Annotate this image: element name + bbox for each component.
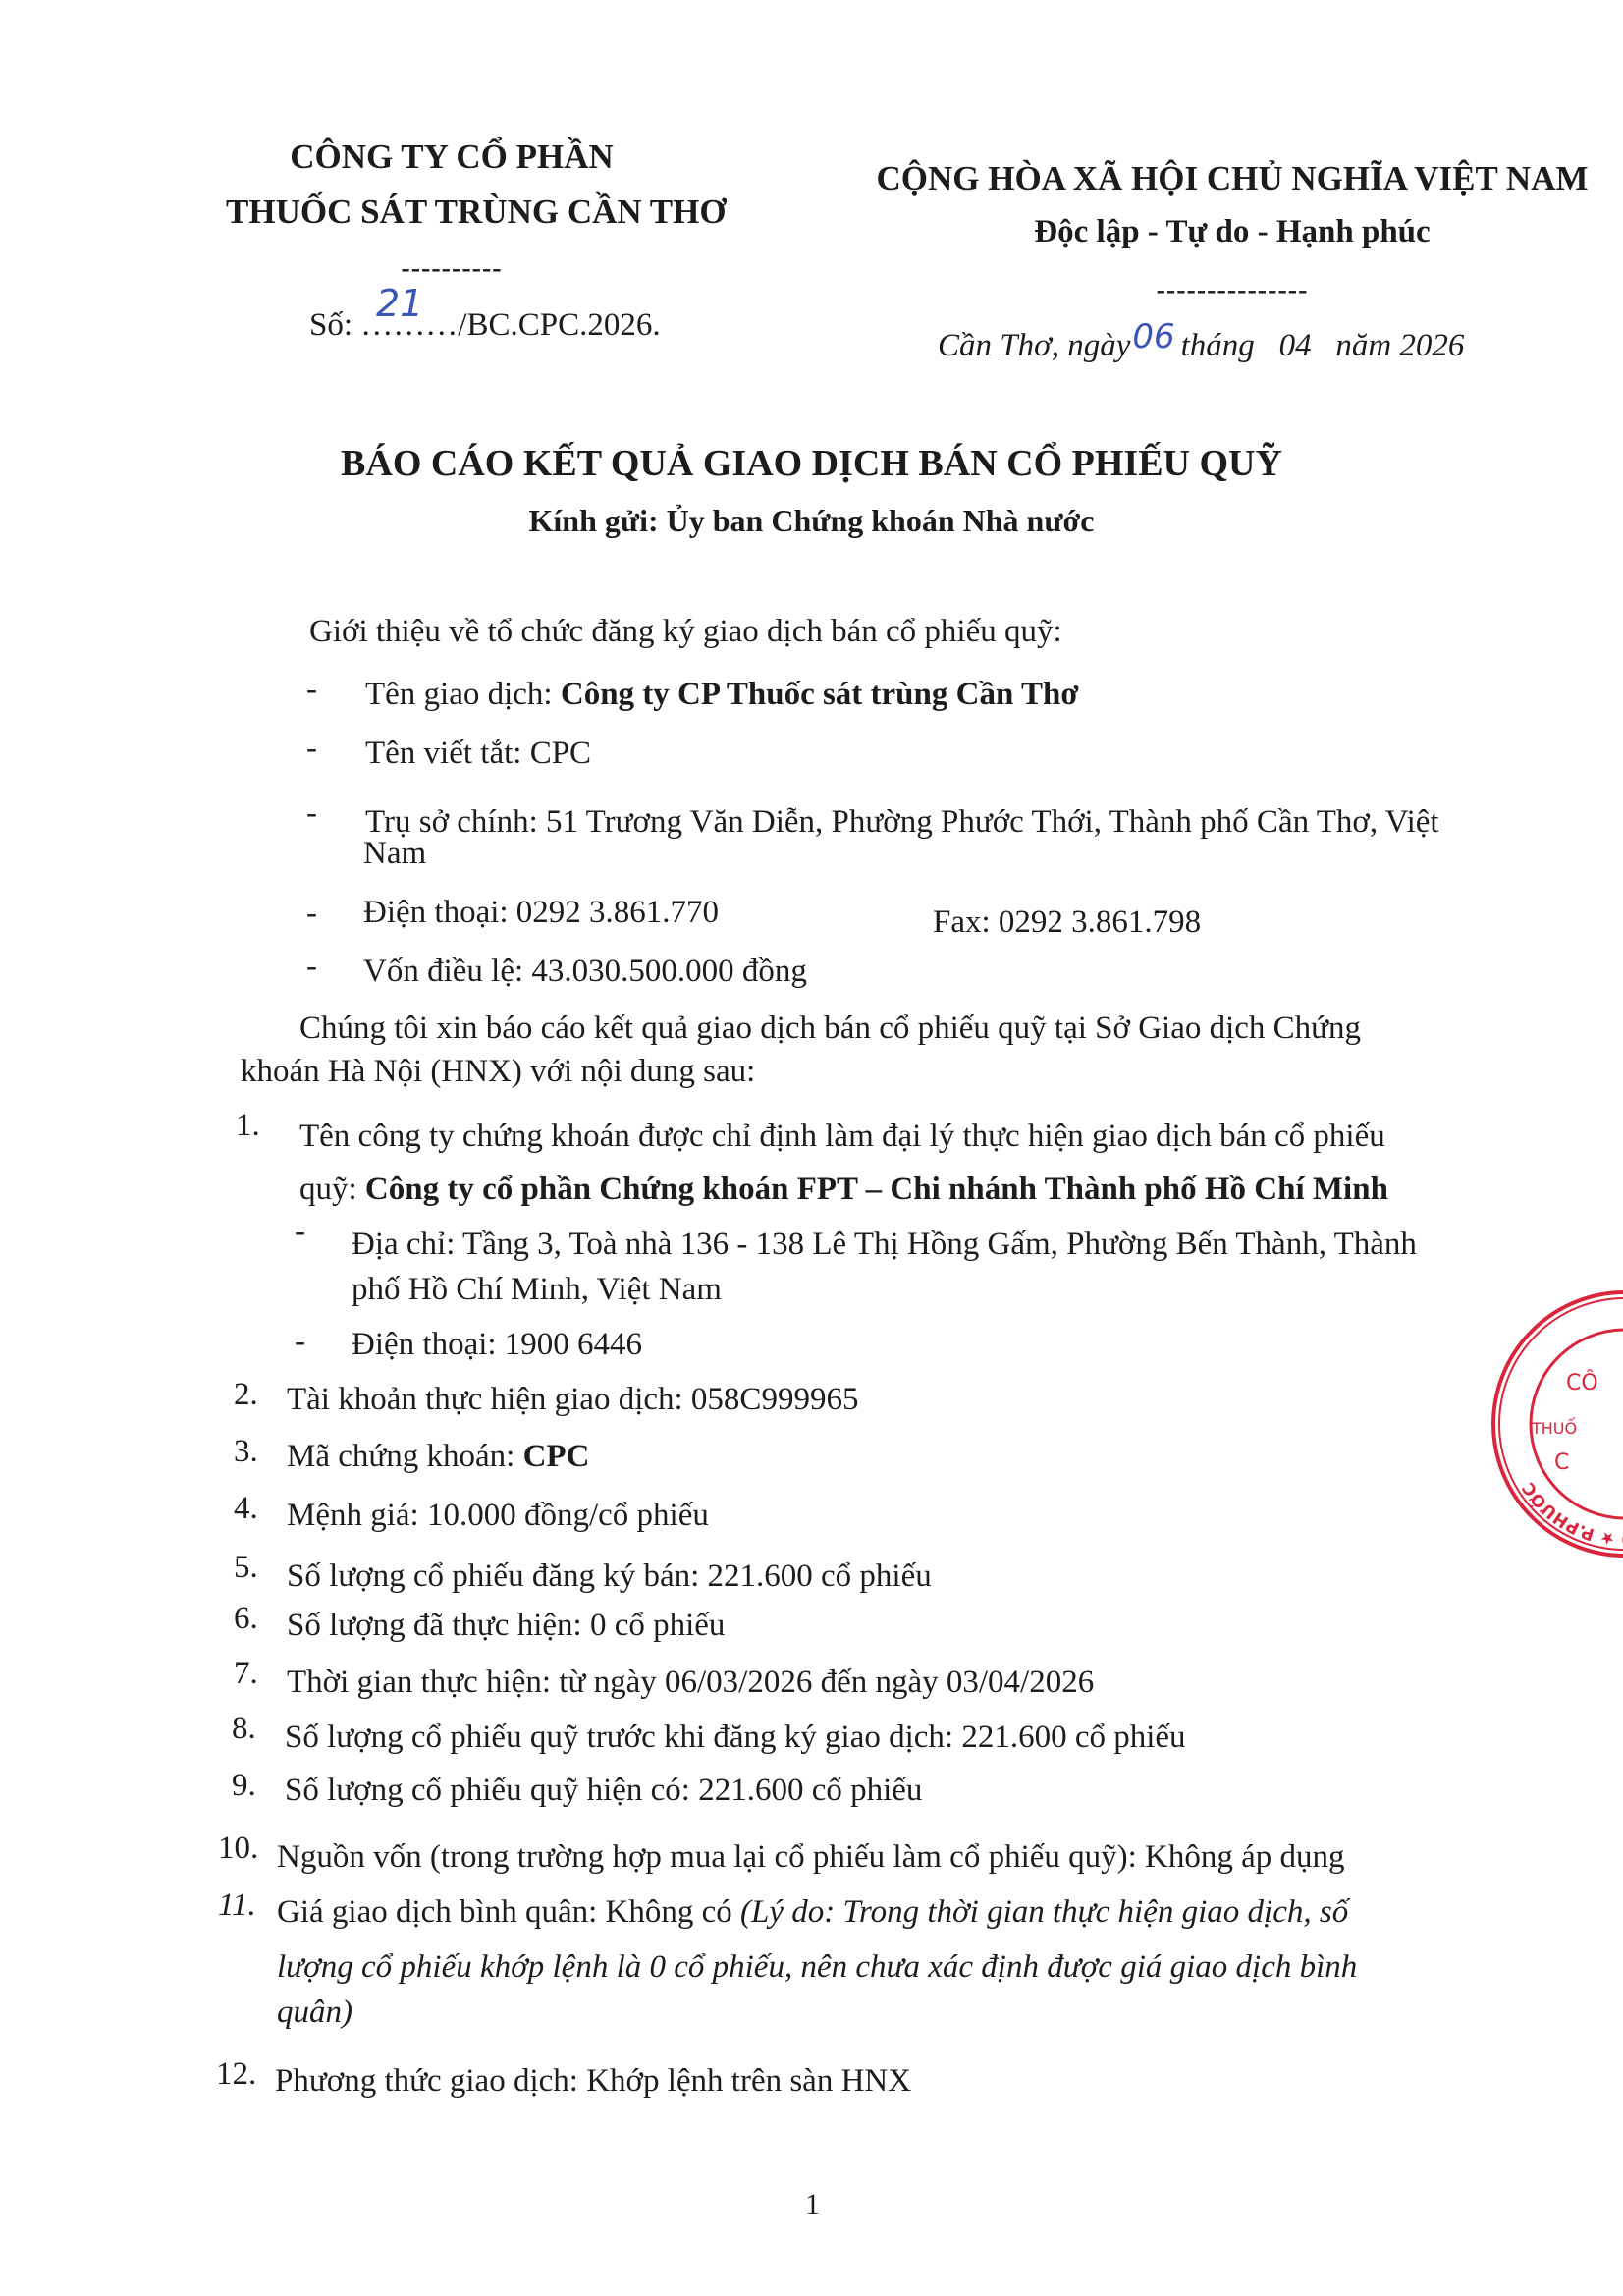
- company-seal: M.S.D.N: 1800 ★ P.PHƯỚC CÔ THUỐ C: [1488, 1286, 1623, 1561]
- svg-text:M.S.D.N: 1800 ★ P.PHƯỚC: M.S.D.N: 1800 ★ P.PHƯỚC: [1519, 1462, 1623, 1549]
- item-8-number: 8.: [232, 1711, 256, 1747]
- item-10-number: 10.: [218, 1831, 258, 1867]
- bullet-dash: -: [306, 795, 317, 832]
- right-divider: ---------------: [844, 275, 1620, 306]
- national-title: CỘNG HÒA XÃ HỘI CHỦ NGHĨA VIỆT NAM: [844, 159, 1620, 198]
- svg-text:THUỐ: THUỐ: [1531, 1417, 1577, 1438]
- date-prefix: Cần Thơ, ngày: [938, 328, 1130, 363]
- bullet-dash: -: [306, 731, 317, 767]
- bullet-dash: -: [306, 896, 317, 932]
- bullet-dash: -: [306, 672, 317, 708]
- item-10-text: Nguồn vốn (trong trường hợp mua lại cổ p…: [277, 1834, 1345, 1880]
- document-title: BÁO CÁO KẾT QUẢ GIAO DỊCH BÁN CỔ PHIẾU Q…: [0, 442, 1623, 485]
- item-11-prefix: Giá giao dịch bình quân: Không có: [277, 1894, 740, 1930]
- org-address-line1: Trụ sở chính: 51 Trương Văn Diễn, Phường…: [365, 799, 1439, 845]
- bullet-dash: -: [295, 1324, 305, 1360]
- org-short-name: Tên viết tắt: CPC: [365, 731, 591, 776]
- item-5-text: Số lượng cổ phiếu đăng ký bán: 221.600 c…: [287, 1554, 932, 1599]
- item-9-text: Số lượng cổ phiếu quỹ hiện có: 221.600 c…: [285, 1768, 922, 1813]
- item-3-number: 3.: [234, 1434, 258, 1470]
- bullet-dash: -: [295, 1214, 305, 1250]
- item-4-text: Mệnh giá: 10.000 đồng/cổ phiếu: [287, 1493, 709, 1538]
- item-12-text: Phương thức giao dịch: Khớp lệnh trên sà…: [275, 2058, 911, 2104]
- item-7-number: 7.: [234, 1656, 258, 1692]
- date-line: Cần Thơ, ngày06tháng 04 năm 2026: [938, 322, 1464, 368]
- page-number: 1: [805, 2188, 820, 2221]
- org-address-line2: Nam: [363, 831, 426, 876]
- intro: Giới thiệu về tổ chức đăng ký giao dịch …: [309, 609, 1062, 654]
- svg-text:C: C: [1554, 1450, 1569, 1475]
- handwritten-number: 21: [376, 281, 423, 326]
- national-motto: Độc lập - Tự do - Hạnh phúc: [844, 214, 1620, 250]
- company-name-line1: CÔNG TY CỔ PHẦN: [226, 137, 677, 177]
- item-5-number: 5.: [234, 1550, 258, 1586]
- broker-phone: Điện thoại: 1900 6446: [352, 1322, 642, 1367]
- item-1-number: 1.: [236, 1108, 260, 1144]
- report-intro-line1: Chúng tôi xin báo cáo kết quả giao dịch …: [299, 1006, 1361, 1051]
- handwritten-day: 06: [1132, 317, 1174, 356]
- item-6-text: Số lượng đã thực hiện: 0 cổ phiếu: [287, 1603, 725, 1648]
- seal-icon: M.S.D.N: 1800 ★ P.PHƯỚC CÔ THUỐ C: [1488, 1286, 1623, 1561]
- item-11-reason-1: (Lý do: Trong thời gian thực hiện giao d…: [740, 1894, 1348, 1930]
- org-capital: Vốn điều lệ: 43.030.500.000 đồng: [363, 949, 807, 994]
- item-11-line1: Giá giao dịch bình quân: Không có (Lý do…: [277, 1889, 1348, 1935]
- document-number: Số: ………21/BC.CPC.2026.: [309, 302, 661, 348]
- date-month-label: tháng: [1181, 328, 1255, 363]
- broker-address-line1: Địa chỉ: Tầng 3, Toà nhà 136 - 138 Lê Th…: [352, 1222, 1417, 1267]
- trade-name-label: Tên giao dịch:: [365, 677, 561, 712]
- item-7-text: Thời gian thực hiện: từ ngày 06/03/2026 …: [287, 1660, 1094, 1705]
- item-11-number: 11.: [218, 1887, 256, 1924]
- item-11-reason-3: quân): [277, 1990, 352, 2035]
- broker-address-line2: phố Hồ Chí Minh, Việt Nam: [352, 1267, 722, 1312]
- so-suffix: /BC.CPC.2026.: [458, 307, 660, 343]
- svg-text:CÔ: CÔ: [1566, 1370, 1598, 1395]
- item-3-label: Mã chứng khoán:: [287, 1439, 523, 1474]
- org-trade-name: Tên giao dịch: Công ty CP Thuốc sát trùn…: [365, 672, 1079, 717]
- stock-code: CPC: [523, 1439, 590, 1474]
- recipient: Kính gửi: Ủy ban Chứng khoán Nhà nước: [0, 503, 1623, 539]
- item-11-reason-2: lượng cổ phiếu khớp lệnh là 0 cổ phiếu, …: [277, 1944, 1357, 1990]
- item-2-number: 2.: [234, 1377, 258, 1413]
- bullet-dash: -: [306, 949, 317, 985]
- item-9-number: 9.: [232, 1768, 256, 1804]
- item-1-line2: quỹ: Công ty cổ phần Chứng khoán FPT – C…: [299, 1167, 1388, 1212]
- item-12-number: 12.: [216, 2056, 256, 2093]
- date-month: 04: [1279, 328, 1312, 363]
- trade-name-value: Công ty CP Thuốc sát trùng Cần Thơ: [561, 677, 1079, 712]
- item-8-text: Số lượng cổ phiếu quỹ trước khi đăng ký …: [285, 1715, 1186, 1760]
- item-3-text: Mã chứng khoán: CPC: [287, 1434, 589, 1479]
- org-fax: Fax: 0292 3.861.798: [933, 900, 1201, 945]
- date-year: năm 2026: [1335, 328, 1464, 363]
- item-1-line1: Tên công ty chứng khoán được chỉ định là…: [299, 1114, 1385, 1159]
- item-1-prefix: quỹ:: [299, 1172, 365, 1207]
- report-intro-line2: khoán Hà Nội (HNX) với nội dung sau:: [241, 1049, 755, 1094]
- company-name-line2: THUỐC SÁT TRÙNG CẦN THƠ: [226, 192, 677, 232]
- broker-name: Công ty cổ phần Chứng khoán FPT – Chi nh…: [365, 1172, 1388, 1207]
- item-2-text: Tài khoản thực hiện giao dịch: 058C99996…: [287, 1377, 858, 1422]
- left-divider: ----------: [226, 253, 677, 285]
- org-phone: Điện thoại: 0292 3.861.770: [363, 890, 719, 935]
- item-4-number: 4.: [234, 1491, 258, 1527]
- item-6-number: 6.: [234, 1601, 258, 1637]
- so-label: Số:: [309, 307, 360, 343]
